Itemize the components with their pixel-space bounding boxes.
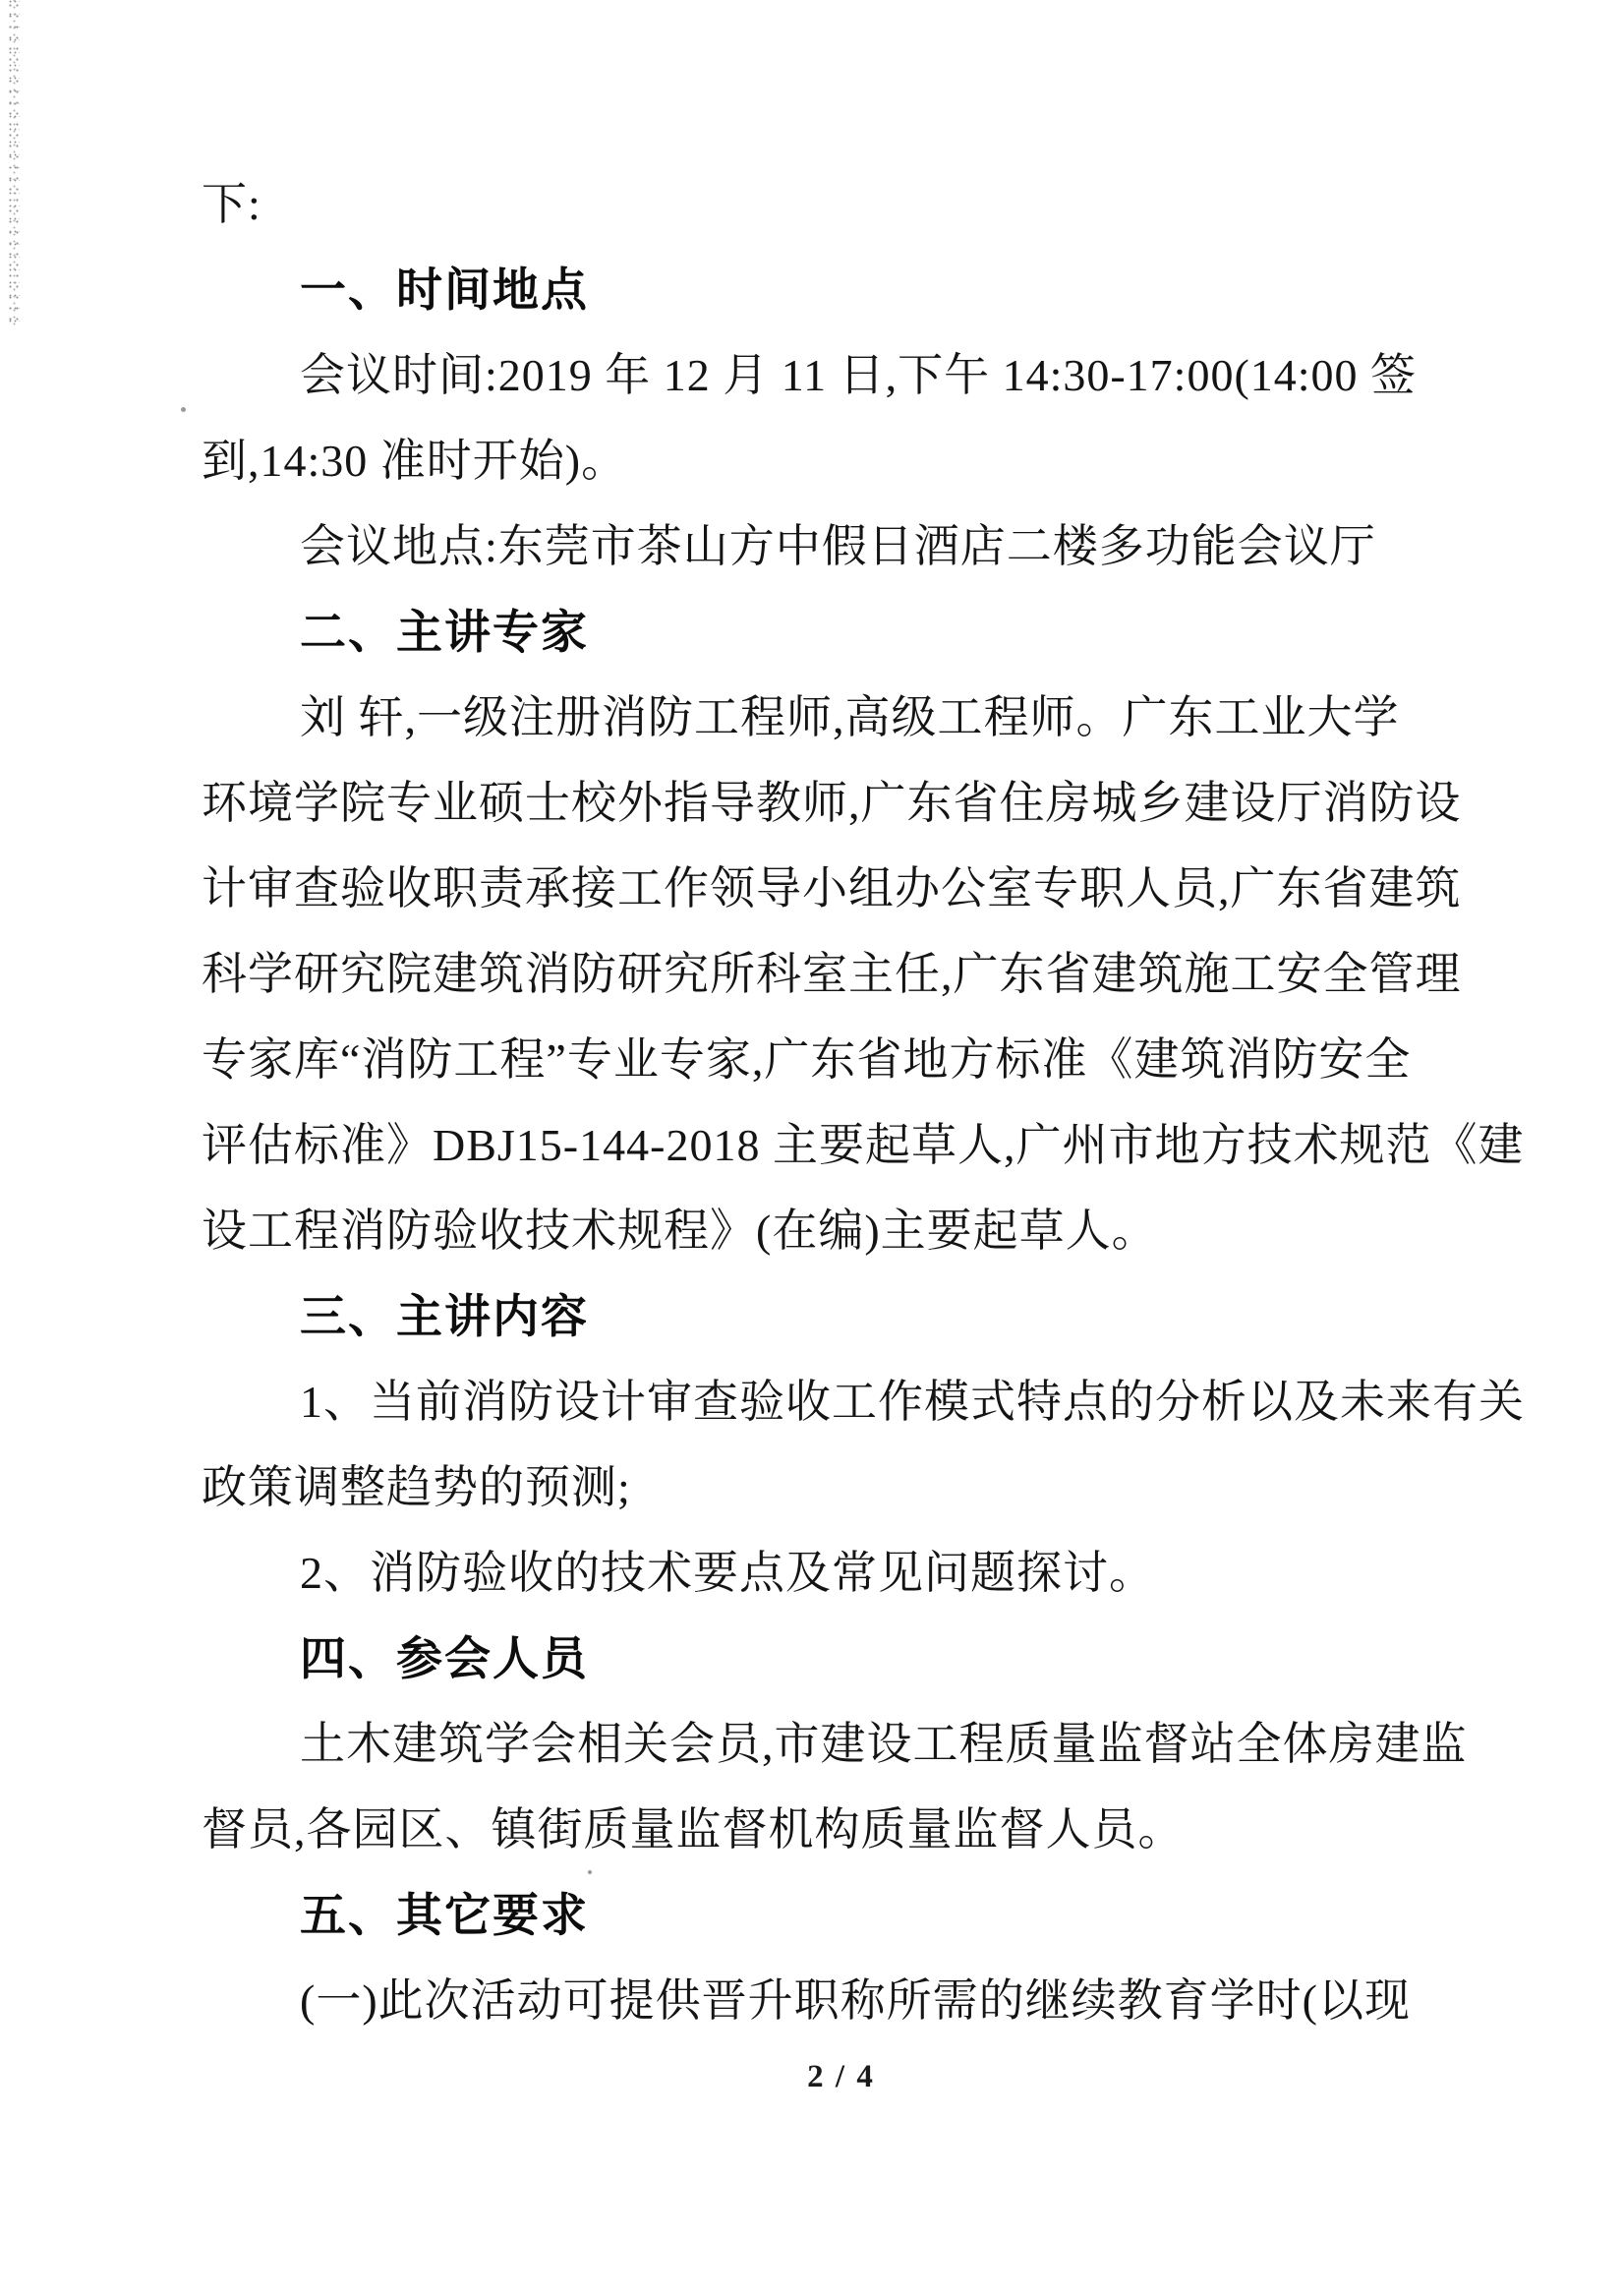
line-speaker-bio-3: 计审查验收职责承接工作领导小组办公室专职人员,广东省建筑 <box>202 846 1489 931</box>
page-number: 2 / 4 <box>29 2059 1623 2095</box>
line-speaker-bio-1: 刘 轩,一级注册消防工程师,高级工程师。广东工业大学 <box>202 675 1489 760</box>
line-meeting-time-part2: 到,14:30 准时开始)。 <box>202 418 1489 503</box>
scan-speck <box>181 407 186 412</box>
heading-section-1-time-location: 一、时间地点 <box>202 247 1489 332</box>
line-speaker-bio-4: 科学研究院建筑消防研究所科室主任,广东省建筑施工安全管理 <box>202 931 1489 1017</box>
line-content-item1-part1: 1、当前消防设计审查验收工作模式特点的分析以及未来有关 <box>202 1359 1489 1444</box>
document-body: 下: 一、时间地点 会议时间:2019 年 12 月 11 日,下午 14:30… <box>202 161 1489 2043</box>
heading-section-4-participants: 四、参会人员 <box>202 1616 1489 1701</box>
scan-artifact-left-edge <box>7 0 20 326</box>
line-meeting-location: 会议地点:东莞市茶山方中假日酒店二楼多功能会议厅 <box>202 503 1489 589</box>
line-meeting-time-part1: 会议时间:2019 年 12 月 11 日,下午 14:30-17:00(14:… <box>202 332 1489 418</box>
line-content-item1-part2: 政策调整趋势的预测; <box>202 1444 1489 1530</box>
heading-section-5-other-requirements: 五、其它要求 <box>202 1872 1489 1958</box>
line-speaker-bio-7: 设工程消防验收技术规程》(在编)主要起草人。 <box>202 1188 1489 1273</box>
scanned-document-page: 下: 一、时间地点 会议时间:2019 年 12 月 11 日,下午 14:30… <box>0 0 1623 2296</box>
heading-section-2-speaker: 二、主讲专家 <box>202 589 1489 675</box>
line-participants-part1: 土木建筑学会相关会员,市建设工程质量监督站全体房建监 <box>202 1701 1489 1787</box>
line-speaker-bio-5: 专家库“消防工程”专业专家,广东省地方标准《建筑消防安全 <box>202 1017 1489 1102</box>
text-line-continuation: 下: <box>202 161 1489 247</box>
heading-section-3-lecture-content: 三、主讲内容 <box>202 1273 1489 1359</box>
line-other-requirements-part1: (一)此次活动可提供晋升职称所需的继续教育学时(以现 <box>202 1958 1489 2043</box>
line-speaker-bio-6: 评估标准》DBJ15-144-2018 主要起草人,广州市地方技术规范《建 <box>202 1102 1489 1188</box>
line-participants-part2: 督员,各园区、镇街质量监督机构质量监督人员。 <box>202 1787 1489 1872</box>
line-content-item2: 2、消防验收的技术要点及常见问题探讨。 <box>202 1530 1489 1616</box>
line-speaker-bio-2: 环境学院专业硕士校外指导教师,广东省住房城乡建设厅消防设 <box>202 760 1489 846</box>
